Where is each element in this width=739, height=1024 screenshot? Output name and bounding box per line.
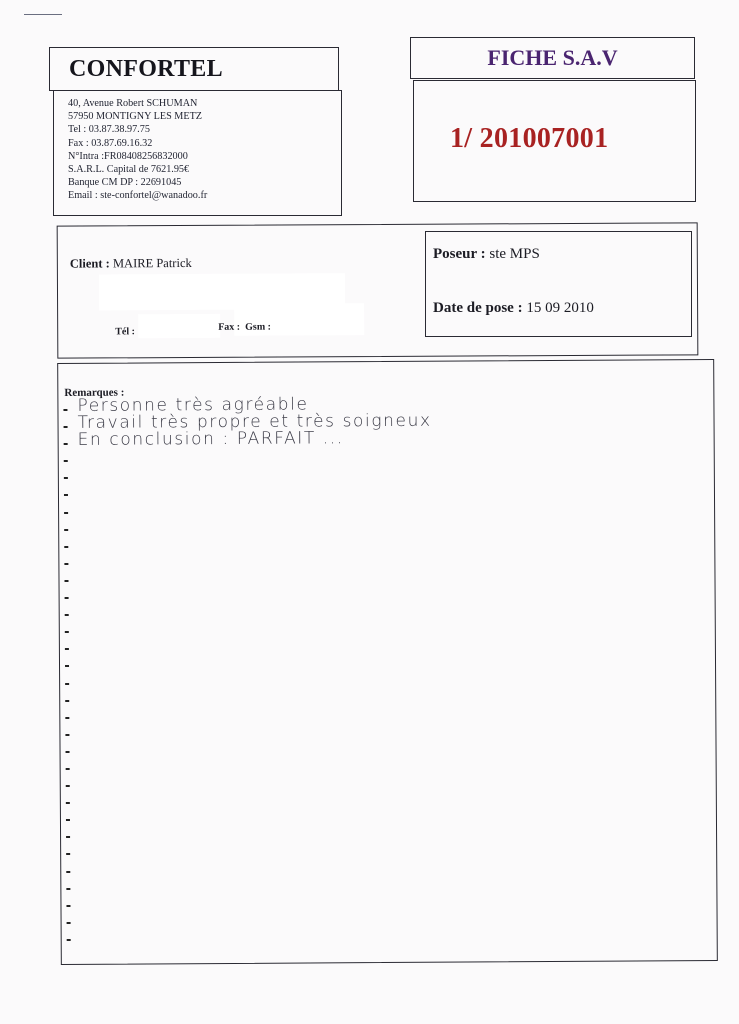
gsm-label: Gsm : [245,322,271,333]
fiche-number: 1/ 201007001 [450,123,608,155]
bullet-dash [64,426,68,428]
bullet-dash [66,768,70,770]
bullet-dash [64,529,68,531]
company-address-line: N°Intra :FR08408256832000 [68,150,207,163]
bullet-dash [64,580,68,582]
bullet-dash [66,836,70,838]
bullet-dash [65,631,69,633]
company-address-block: 40, Avenue Robert SCHUMAN57950 MONTIGNY … [68,97,207,203]
installation-box: Poseur : ste MPS Date de pose : 15 09 20… [425,231,692,337]
bullet-dash [66,785,70,787]
company-address-line: Email : ste-confortel@wanadoo.fr [68,189,207,202]
company-name-box: CONFORTEL [49,47,339,91]
fiche-title: FICHE S.A.V [411,45,694,71]
company-address-line: Fax : 03.87.69.16.32 [68,137,207,150]
company-info-box: 40, Avenue Robert SCHUMAN57950 MONTIGNY … [53,90,342,216]
bullet-dash [64,460,68,462]
company-address-line: Tel : 03.87.38.97.75 [68,123,207,136]
client-name: MAIRE Patrick [113,256,192,270]
fiche-title-box: FICHE S.A.V [410,37,695,79]
fax-label: Fax : [218,322,240,333]
bullet-dash [67,922,71,924]
bullet-dash [66,888,70,890]
bullet-dash [64,494,68,496]
company-address-line: S.A.R.L. Capital de 7621.95€ [68,163,207,176]
company-name: CONFORTEL [69,56,223,83]
company-address-line: 40, Avenue Robert SCHUMAN [68,97,207,110]
bullet-dash [65,597,69,599]
fiche-number-box: 1/ 201007001 [413,80,696,202]
bullet-dash [65,700,69,702]
bullet-dash [66,819,70,821]
bullet-dash [64,546,68,548]
bullet-dash [66,751,70,753]
poseur-label: Poseur : [433,246,486,262]
handwritten-remark: En conclusion : PARFAIT ... [78,428,344,450]
bullet-dash [64,512,68,514]
scan-corner-mark [24,14,62,15]
poseur-value: ste MPS [489,246,539,262]
pose-date-line: Date de pose : 15 09 2010 [433,300,594,317]
bullet-dash [66,870,70,872]
bullet-dash [64,563,68,565]
bullet-dash [65,614,69,616]
remarks-lines: Personne très agréableTravail très propr… [63,401,66,948]
bullet-dash [63,409,67,411]
remarks-box: Remarques : Personne très agréableTravai… [57,359,718,965]
poseur-line: Poseur : ste MPS [433,246,540,263]
pose-date-label: Date de pose : [433,300,523,316]
bullet-dash [65,648,69,650]
bullet-dash [65,665,69,667]
bullet-dash [65,682,69,684]
client-label: Client : [70,256,110,270]
company-address-line: Banque CM DP : 22691045 [68,176,207,189]
bullet-dash [64,443,68,445]
fax-gsm-labels: Fax : Gsm : [218,322,271,333]
bullet-dash [64,477,68,479]
bullet-dash [65,734,69,736]
bullet-dash [66,802,70,804]
tel-label: Tél : [115,326,135,337]
client-line: Client : MAIRE Patrick [70,256,192,272]
pose-date-value: 15 09 2010 [526,300,594,316]
bullet-dash [66,853,70,855]
bullet-dash [66,905,70,907]
bullet-dash [65,717,69,719]
bullet-dash [67,939,71,941]
company-address-line: 57950 MONTIGNY LES METZ [68,110,207,123]
redacted-tel [138,314,220,338]
